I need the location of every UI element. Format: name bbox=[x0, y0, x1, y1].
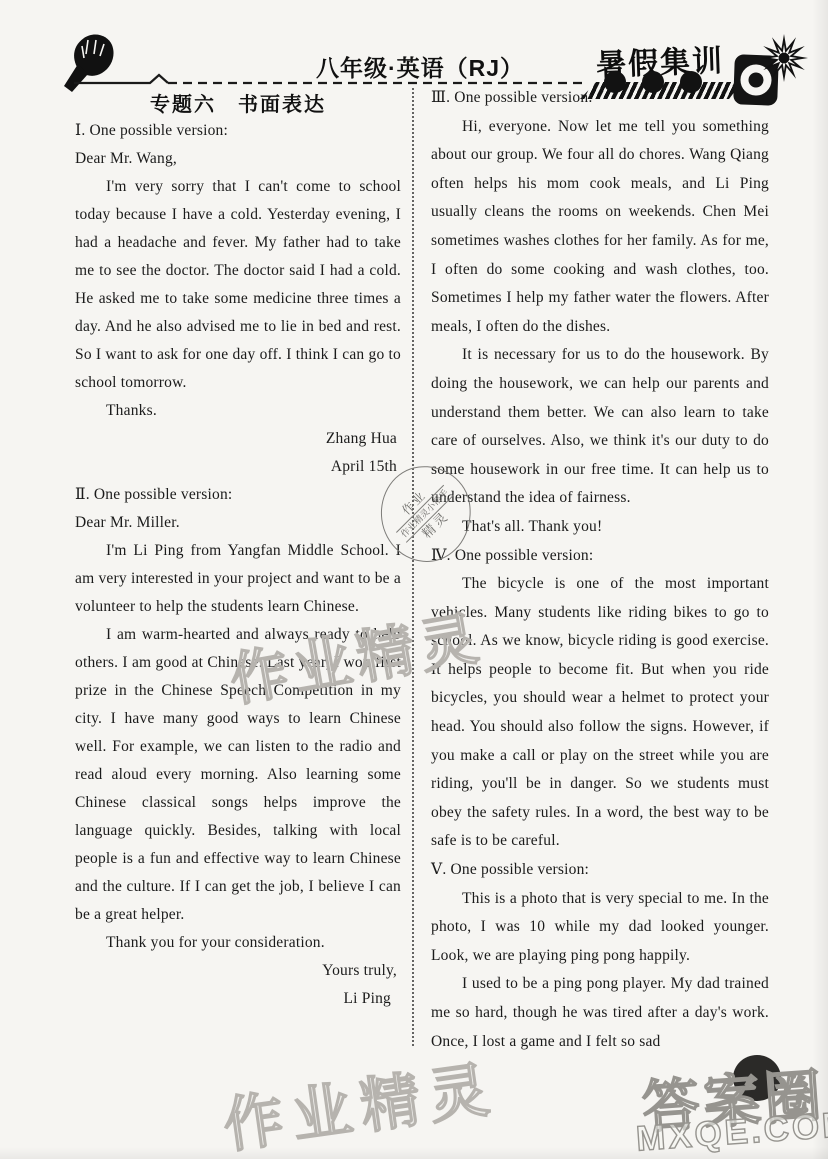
signature-name: Li Ping bbox=[75, 985, 401, 1013]
letter-closing: Thank you for your consideration. bbox=[75, 929, 401, 957]
signature-name: Zhang Hua bbox=[75, 425, 401, 453]
answer-paragraph: This is a photo that is very special to … bbox=[431, 885, 769, 971]
letter-salutation: Dear Mr. Miller. bbox=[75, 509, 401, 537]
answer-paragraph: Hi, everyone. Now let me tell you someth… bbox=[431, 113, 769, 342]
letter-paragraph: I am warm-hearted and always ready to he… bbox=[75, 621, 401, 929]
stamp-text: 作业 作业精灵小帮手 精灵 bbox=[386, 474, 466, 554]
right-column: Ⅲ. One possible version: Hi, everyone. N… bbox=[431, 84, 769, 1056]
left-column: Ⅰ. One possible version: Dear Mr. Wang, … bbox=[75, 117, 401, 1013]
section-4-label: Ⅳ. One possible version: bbox=[431, 542, 769, 571]
letter-body: I'm very sorry that I can't come to scho… bbox=[75, 173, 401, 397]
starburst-icon bbox=[760, 34, 808, 82]
section-heading: 专题六 书面表达 bbox=[75, 88, 401, 117]
section-5-label: Ⅴ. One possible version: bbox=[431, 856, 769, 885]
letter-paragraph: I'm Li Ping from Yangfan Middle School. … bbox=[75, 537, 401, 621]
scan-edge-shadow bbox=[0, 1147, 828, 1159]
section-3-label: Ⅲ. One possible version: bbox=[431, 84, 769, 113]
watermark-ghost-text: 作业精灵 bbox=[217, 1041, 502, 1159]
page-subject-title: 八年级·英语（RJ） bbox=[280, 50, 560, 83]
answer-closing: That's all. Thank you! bbox=[431, 513, 769, 542]
answer-paragraph: It is necessary for us to do the housewo… bbox=[431, 341, 769, 513]
scan-edge-shadow bbox=[812, 0, 828, 1159]
column-divider bbox=[412, 88, 414, 1046]
answer-paragraph: I used to be a ping pong player. My dad … bbox=[431, 970, 769, 1056]
answer-paragraph: The bicycle is one of the most important… bbox=[431, 570, 769, 856]
scanned-workbook-page: 八年级·英语（RJ） 暑假集训 专题六 书面表达 Ⅰ. One possible… bbox=[0, 0, 828, 1159]
signature-date: April 15th bbox=[75, 453, 401, 481]
section-1-label: Ⅰ. One possible version: bbox=[75, 117, 401, 145]
letter-closing: Thanks. bbox=[75, 397, 401, 425]
letter-salutation: Dear Mr. Wang, bbox=[75, 145, 401, 173]
signature-close: Yours truly, bbox=[75, 957, 401, 985]
section-2-label: Ⅱ. One possible version: bbox=[75, 481, 401, 509]
